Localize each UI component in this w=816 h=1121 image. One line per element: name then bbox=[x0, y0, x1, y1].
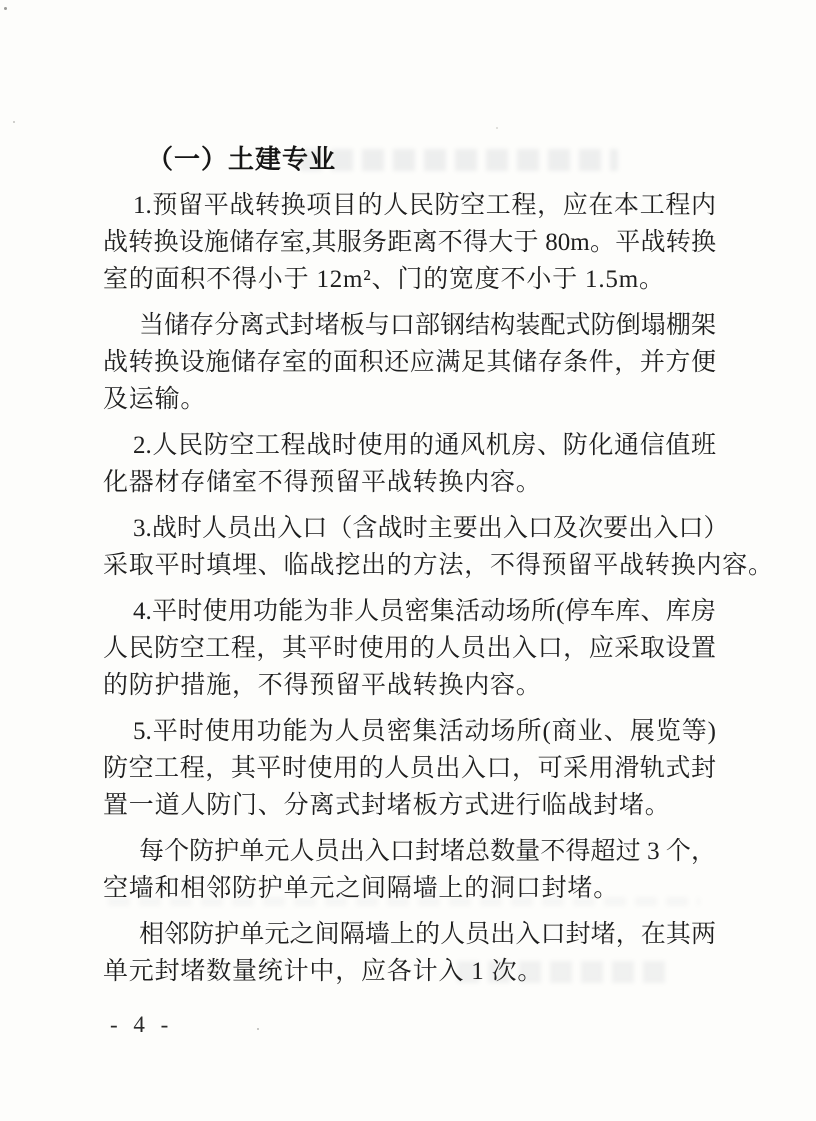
text-line: 室的面积不得小于 12m²、门的宽度不小于 1.5m。 bbox=[103, 261, 716, 298]
text-block: （一）土建专业 1.预留平战转换项目的人民防空工程，应在本工程内设置平 战转换设… bbox=[103, 141, 716, 990]
scan-speck bbox=[257, 1028, 259, 1030]
text-line: 2.人民防空工程战时使用的通风机房、防化通信值班室、防 bbox=[103, 427, 716, 464]
scan-speck bbox=[496, 127, 498, 129]
text-line: 及运输。 bbox=[103, 381, 716, 418]
page-number: - 4 - bbox=[110, 1012, 173, 1038]
scan-speck bbox=[13, 121, 15, 123]
text-line: 人民防空工程，其平时使用的人员出入口，应采取设置密闭通道 bbox=[103, 630, 716, 667]
text-line: 置一道人防门、分离式封堵板方式进行临战封堵。 bbox=[103, 787, 716, 824]
scan-speck bbox=[4, 7, 7, 10]
text-line: 空墙和相邻防护单元之间隔墙上的洞口封堵。 bbox=[103, 870, 716, 907]
text-line: 战转换设施储存室,其服务距离不得大于 80m。平战转换设施储存 bbox=[103, 224, 716, 261]
text-line: 的防护措施，不得预留平战转换内容。 bbox=[103, 667, 716, 704]
text-line: 防空工程，其平时使用的人员出入口，可采用滑轨式封堵板、设 bbox=[103, 750, 716, 787]
document-page: （一）土建专业 1.预留平战转换项目的人民防空工程，应在本工程内设置平 战转换设… bbox=[0, 0, 816, 1121]
text-line: 5.平时使用功能为人员密集活动场所(商业、展览等)的人民 bbox=[103, 713, 716, 750]
text-line: 化器材存储室不得预留平战转换内容。 bbox=[103, 464, 716, 501]
text-line: 战转换设施储存室的面积还应满足其储存条件，并方便叉车进出 bbox=[103, 344, 716, 381]
section-heading: （一）土建专业 bbox=[103, 141, 716, 178]
text-line: 单元封堵数量统计中，应各计入 1 次。 bbox=[103, 953, 716, 990]
text-line: 1.预留平战转换项目的人民防空工程，应在本工程内设置平 bbox=[103, 187, 716, 224]
text-line: 3.战时人员出入口（含战时主要出入口及次要出入口）不得 bbox=[103, 510, 716, 547]
text-line: 4.平时使用功能为非人员密集活动场所(停车库、库房等)的 bbox=[103, 593, 716, 630]
text-line: 相邻防护单元之间隔墙上的人员出入口封堵，在其两侧防护 bbox=[103, 916, 716, 953]
text-line: 当储存分离式封堵板与口部钢结构装配式防倒塌棚架时，平 bbox=[103, 307, 716, 344]
text-line: 每个防护单元人员出入口封堵总数量不得超过 3 个，包括临 bbox=[103, 833, 716, 870]
text-line: 采取平时填埋、临战挖出的方法，不得预留平战转换内容。 bbox=[103, 547, 716, 584]
